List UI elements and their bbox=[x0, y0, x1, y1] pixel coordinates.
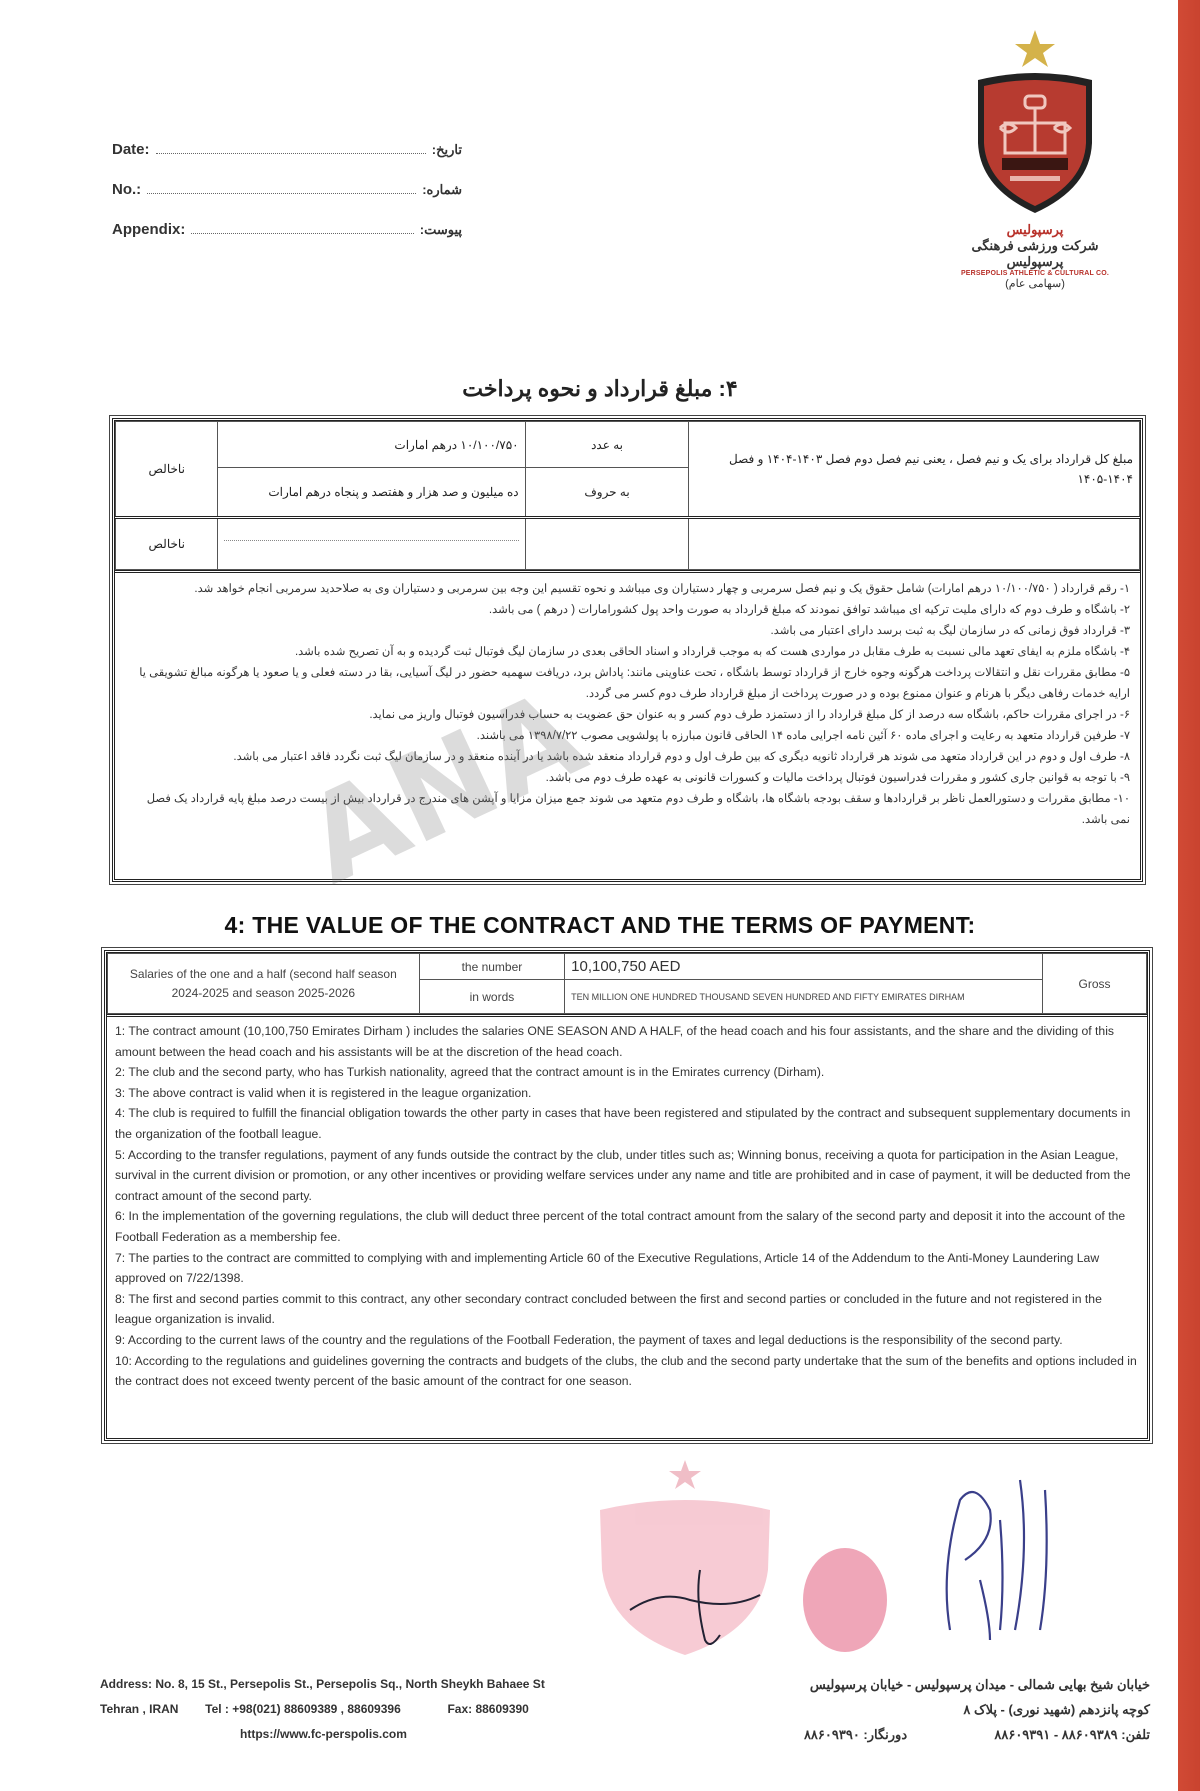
footer-contact-en: Tehran , IRAN Tel : +98(021) 88609389 , … bbox=[100, 1697, 640, 1722]
persepolis-crest-icon bbox=[960, 28, 1110, 218]
number-line bbox=[147, 193, 416, 194]
term-item-fa: ۷- طرفین قرارداد متعهد به رعایت و اجرای … bbox=[125, 726, 1130, 747]
footer-fax-fa: دورنگار: ۸۸۶۰۹۳۹۰ bbox=[804, 1727, 907, 1742]
fa-row-description: مبلغ کل قرارداد برای یک و نیم فصل ، یعنی… bbox=[689, 422, 1140, 518]
date-line bbox=[156, 153, 426, 154]
fa-row2-description bbox=[689, 518, 1140, 570]
term-item-en: 9: According to the current laws of the … bbox=[115, 1330, 1139, 1351]
footer-fax-en: Fax: 88609390 bbox=[447, 1702, 528, 1716]
footer-phones-fa: تلفن: ۸۸۶۰۹۳۸۹ - ۸۸۶۰۹۳۹۱ دورنگار: ۸۸۶۰۹… bbox=[690, 1722, 1150, 1747]
term-item-fa: ۹- با توجه به قوانین جاری کشور و مقررات … bbox=[125, 768, 1130, 789]
contract-value-table-en: Salaries of the one and a half (second h… bbox=[107, 953, 1147, 1014]
term-item-en: 6: In the implementation of the governin… bbox=[115, 1206, 1139, 1247]
term-item-en: 7: The parties to the contract are commi… bbox=[115, 1248, 1139, 1289]
term-item-en: 5: According to the transfer regulations… bbox=[115, 1145, 1139, 1207]
appendix-line bbox=[191, 233, 413, 234]
appendix-label: Appendix: bbox=[112, 221, 185, 238]
fa-row2-label bbox=[525, 518, 689, 570]
fa-by-number-label: به عدد bbox=[525, 422, 689, 468]
footer-tel-en: Tel : +98(021) 88609389 , 88609396 bbox=[205, 1702, 401, 1716]
terms-list-fa: ۱- رقم قرارداد ( ۱۰/۱۰۰/۷۵۰ درهم امارات)… bbox=[115, 570, 1140, 837]
fa-gross-label: ناخالص bbox=[116, 422, 218, 518]
appendix-label-fa: پیوست: bbox=[420, 222, 462, 238]
footer-address-fa: خیابان شیخ بهایی شمالی - میدان پرسپولیس … bbox=[690, 1672, 1150, 1697]
section-title-en: 4: THE VALUE OF THE CONTRACT AND THE TER… bbox=[0, 912, 1200, 939]
footer-website[interactable]: https://www.fc-perspolis.com bbox=[100, 1722, 640, 1747]
page-edge-red-band bbox=[1170, 0, 1200, 1791]
logo-company-fa: شرکت ورزشی فرهنگی پرسپولیس bbox=[950, 238, 1120, 270]
term-item-en: 1: The contract amount (10,100,750 Emira… bbox=[115, 1021, 1139, 1062]
fa-row2-value bbox=[218, 518, 525, 570]
en-number-value: 10,100,750 AED bbox=[565, 954, 1043, 980]
term-item-fa: ۴- باشگاه ملزم به ایفای تعهد مالی نسبت ب… bbox=[125, 642, 1130, 663]
contract-value-box-fa: مبلغ کل قرارداد برای یک و نیم فصل ، یعنی… bbox=[112, 418, 1143, 882]
number-label: No.: bbox=[112, 181, 141, 198]
term-item-fa: ۶- در اجرای مقررات حاکم، باشگاه سه درصد … bbox=[125, 705, 1130, 726]
footer-tel-fa: تلفن: ۸۸۶۰۹۳۸۹ - ۸۸۶۰۹۳۹۱ bbox=[994, 1727, 1150, 1742]
term-item-fa: ۳- قرارداد فوق زمانی که در سازمان لیگ به… bbox=[125, 621, 1130, 642]
club-logo: پرسپولیس شرکت ورزشی فرهنگی پرسپولیس PERS… bbox=[950, 28, 1120, 290]
section-title-fa: ۴: مبلغ قرارداد و نحوه پرداخت bbox=[0, 376, 1200, 402]
number-field: No.: شماره: bbox=[112, 158, 462, 198]
en-number-label: the number bbox=[419, 954, 564, 980]
term-item-en: 4: The club is required to fulfill the f… bbox=[115, 1103, 1139, 1144]
en-words-value: TEN MILLION ONE HUNDRED THOUSAND SEVEN H… bbox=[565, 980, 1043, 1014]
term-item-fa: ۱- رقم قرارداد ( ۱۰/۱۰۰/۷۵۰ درهم امارات)… bbox=[125, 579, 1130, 600]
date-label: Date: bbox=[112, 141, 150, 158]
logo-company-en: PERSEPOLIS ATHLETIC & CULTURAL CO. bbox=[950, 270, 1120, 277]
en-words-label: in words bbox=[419, 980, 564, 1014]
stamps-and-signatures bbox=[590, 1460, 1110, 1660]
club-stamp-icon bbox=[600, 1460, 770, 1655]
term-item-en: 10: According to the regulations and gui… bbox=[115, 1351, 1139, 1392]
footer-address2-fa: کوچه پانزدهم (شهید نوری) - پلاک ۸ bbox=[690, 1697, 1150, 1722]
footer-address-en: Address: No. 8, 15 St., Persepolis St., … bbox=[100, 1672, 640, 1697]
footer-en: Address: No. 8, 15 St., Persepolis St., … bbox=[100, 1672, 640, 1747]
date-field: Date: تاریخ: bbox=[112, 118, 462, 158]
logo-type-fa: (سهامی عام) bbox=[950, 277, 1120, 290]
appendix-field: Appendix: پیوست: bbox=[112, 198, 462, 238]
contract-value-box-en: Salaries of the one and a half (second h… bbox=[104, 950, 1150, 1441]
en-row-description: Salaries of the one and a half (second h… bbox=[108, 954, 420, 1014]
fa-gross-label-2: ناخالص bbox=[116, 518, 218, 570]
header-meta: Date: تاریخ: No.: شماره: Appendix: پیوست… bbox=[112, 118, 462, 238]
number-label-fa: شماره: bbox=[422, 182, 462, 198]
term-item-fa: ۲- باشگاه و طرف دوم که دارای ملیت ترکیه … bbox=[125, 600, 1130, 621]
logo-name-fa: پرسپولیس bbox=[950, 222, 1120, 238]
term-item-en: 3: The above contract is valid when it i… bbox=[115, 1083, 1139, 1104]
term-item-fa: ۵- مطابق مقررات نقل و انتقالات پرداخت هر… bbox=[125, 663, 1130, 705]
signature-2-icon bbox=[947, 1480, 1047, 1640]
en-gross-label: Gross bbox=[1043, 954, 1147, 1014]
term-item-fa: ۱۰- مطابق مقررات و دستورالعمل ناظر بر قر… bbox=[125, 789, 1130, 831]
fa-by-number-value: ۱۰/۱۰۰/۷۵۰ درهم امارات bbox=[218, 422, 525, 468]
date-label-fa: تاریخ: bbox=[432, 142, 462, 158]
footer-fa: خیابان شیخ بهایی شمالی - میدان پرسپولیس … bbox=[690, 1672, 1150, 1747]
term-item-fa: ۸- طرف اول و دوم در این قرارداد متعهد می… bbox=[125, 747, 1130, 768]
terms-list-en: 1: The contract amount (10,100,750 Emira… bbox=[107, 1014, 1147, 1396]
fa-by-words-label: به حروف bbox=[525, 468, 689, 518]
term-item-en: 8: The first and second parties commit t… bbox=[115, 1289, 1139, 1330]
footer-city-en: Tehran , IRAN bbox=[100, 1702, 178, 1716]
contract-value-table-fa: مبلغ کل قرارداد برای یک و نیم فصل ، یعنی… bbox=[115, 421, 1140, 570]
term-item-en: 2: The club and the second party, who ha… bbox=[115, 1062, 1139, 1083]
fingerprint-icon bbox=[803, 1548, 887, 1652]
signature-area bbox=[590, 1460, 1110, 1660]
fa-by-words-value: ده میلیون و صد هزار و هفتصد و پنجاه درهم… bbox=[218, 468, 525, 518]
